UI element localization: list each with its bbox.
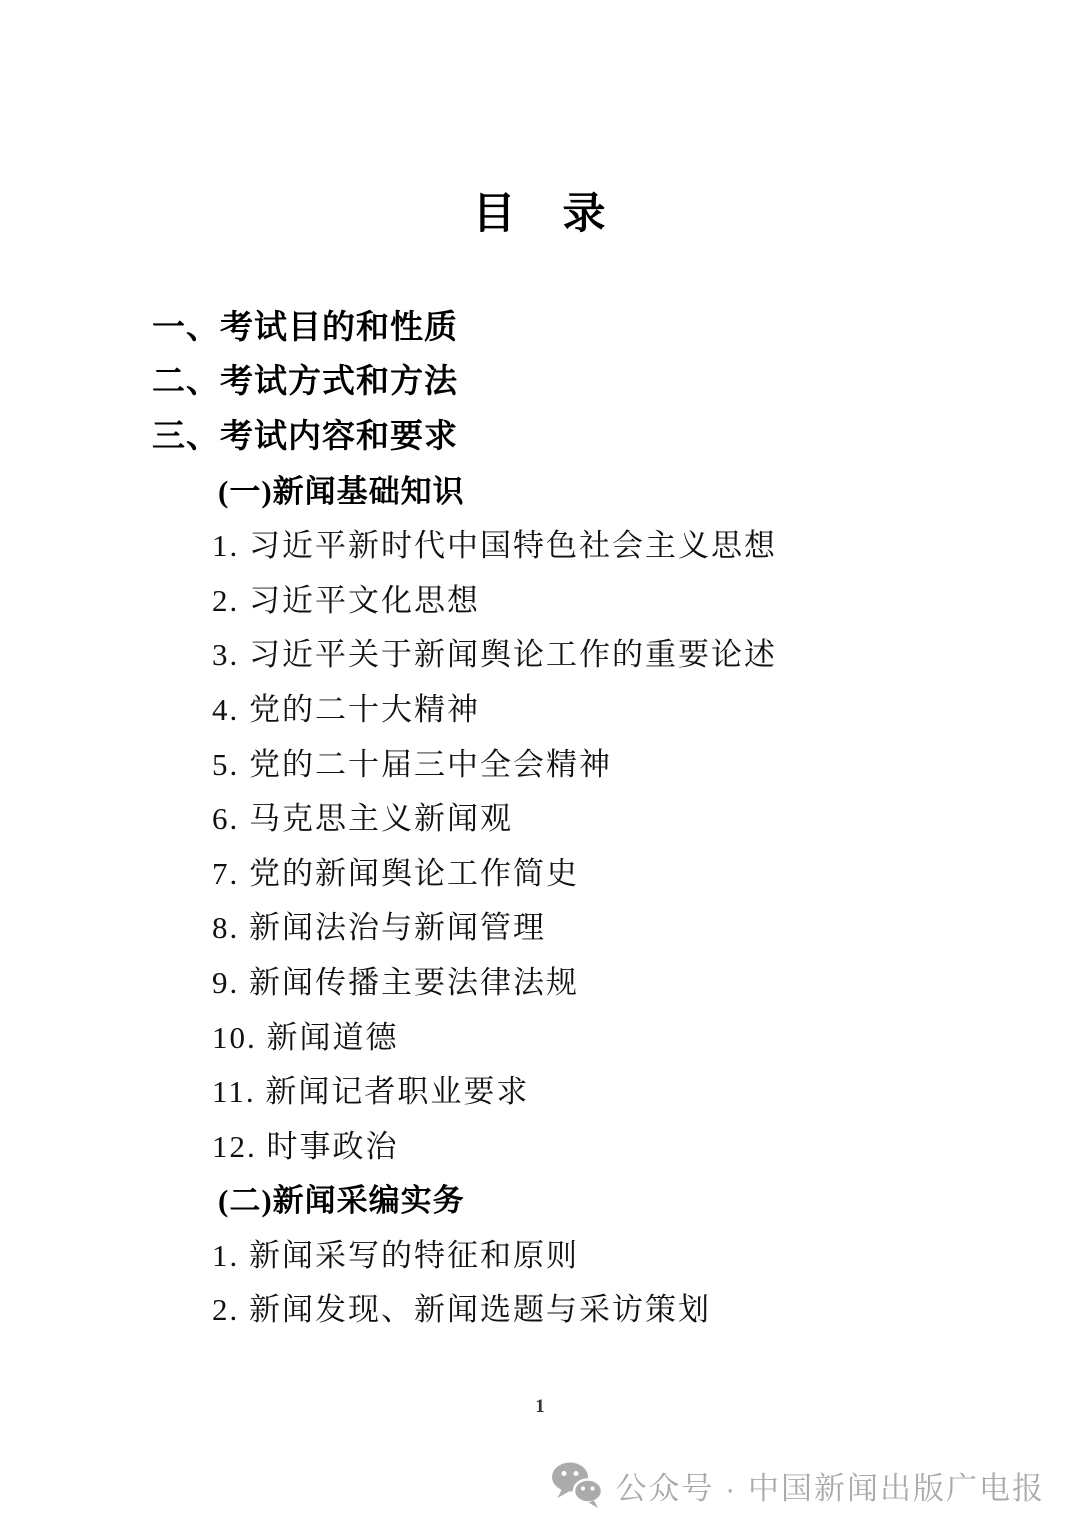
toc-entry: 8. 新闻法治与新闻管理 <box>0 898 1080 953</box>
toc-entry: 7. 党的新闻舆论工作简史 <box>0 843 1080 898</box>
toc-entry: 12. 时事政治 <box>0 1116 1080 1171</box>
toc-entry: 1. 习近平新时代中国特色社会主义思想 <box>0 515 1080 570</box>
toc-entry: 10. 新闻道德 <box>0 1007 1080 1062</box>
table-of-contents: 一、考试目的和性质 二、考试方式和方法 三、考试内容和要求 (一)新闻基础知识 … <box>0 297 1080 1334</box>
toc-entry: 5. 党的二十届三中全会精神 <box>0 734 1080 789</box>
page-number: 1 <box>0 1396 1080 1418</box>
toc-entry: 9. 新闻传播主要法律法规 <box>0 952 1080 1007</box>
toc-entry: 一、考试目的和性质 <box>0 297 1080 352</box>
document-page: 目 录 一、考试目的和性质 二、考试方式和方法 三、考试内容和要求 (一)新闻基… <box>0 0 1080 1527</box>
wechat-watermark: 公众号 · 中国新闻出版广电报 <box>551 1458 1045 1512</box>
toc-entry: 6. 马克思主义新闻观 <box>0 788 1080 843</box>
toc-entry: 4. 党的二十大精神 <box>0 679 1080 734</box>
toc-entry: 2. 新闻发现、新闻选题与采访策划 <box>0 1280 1080 1335</box>
toc-entry: 2. 习近平文化思想 <box>0 570 1080 625</box>
toc-entry: 1. 新闻采写的特征和原则 <box>0 1225 1080 1280</box>
toc-entry: 3. 习近平关于新闻舆论工作的重要论述 <box>0 625 1080 680</box>
wechat-icon <box>551 1460 603 1510</box>
toc-entry: (一)新闻基础知识 <box>0 461 1080 516</box>
toc-entry: 11. 新闻记者职业要求 <box>0 1061 1080 1116</box>
page-title: 目 录 <box>0 180 1080 241</box>
toc-entry: 三、考试内容和要求 <box>0 406 1080 461</box>
toc-entry: 二、考试方式和方法 <box>0 352 1080 407</box>
toc-entry: (二)新闻采编实务 <box>0 1171 1080 1226</box>
footer-label: 公众号 · 中国新闻出版广电报 <box>615 1463 1045 1508</box>
